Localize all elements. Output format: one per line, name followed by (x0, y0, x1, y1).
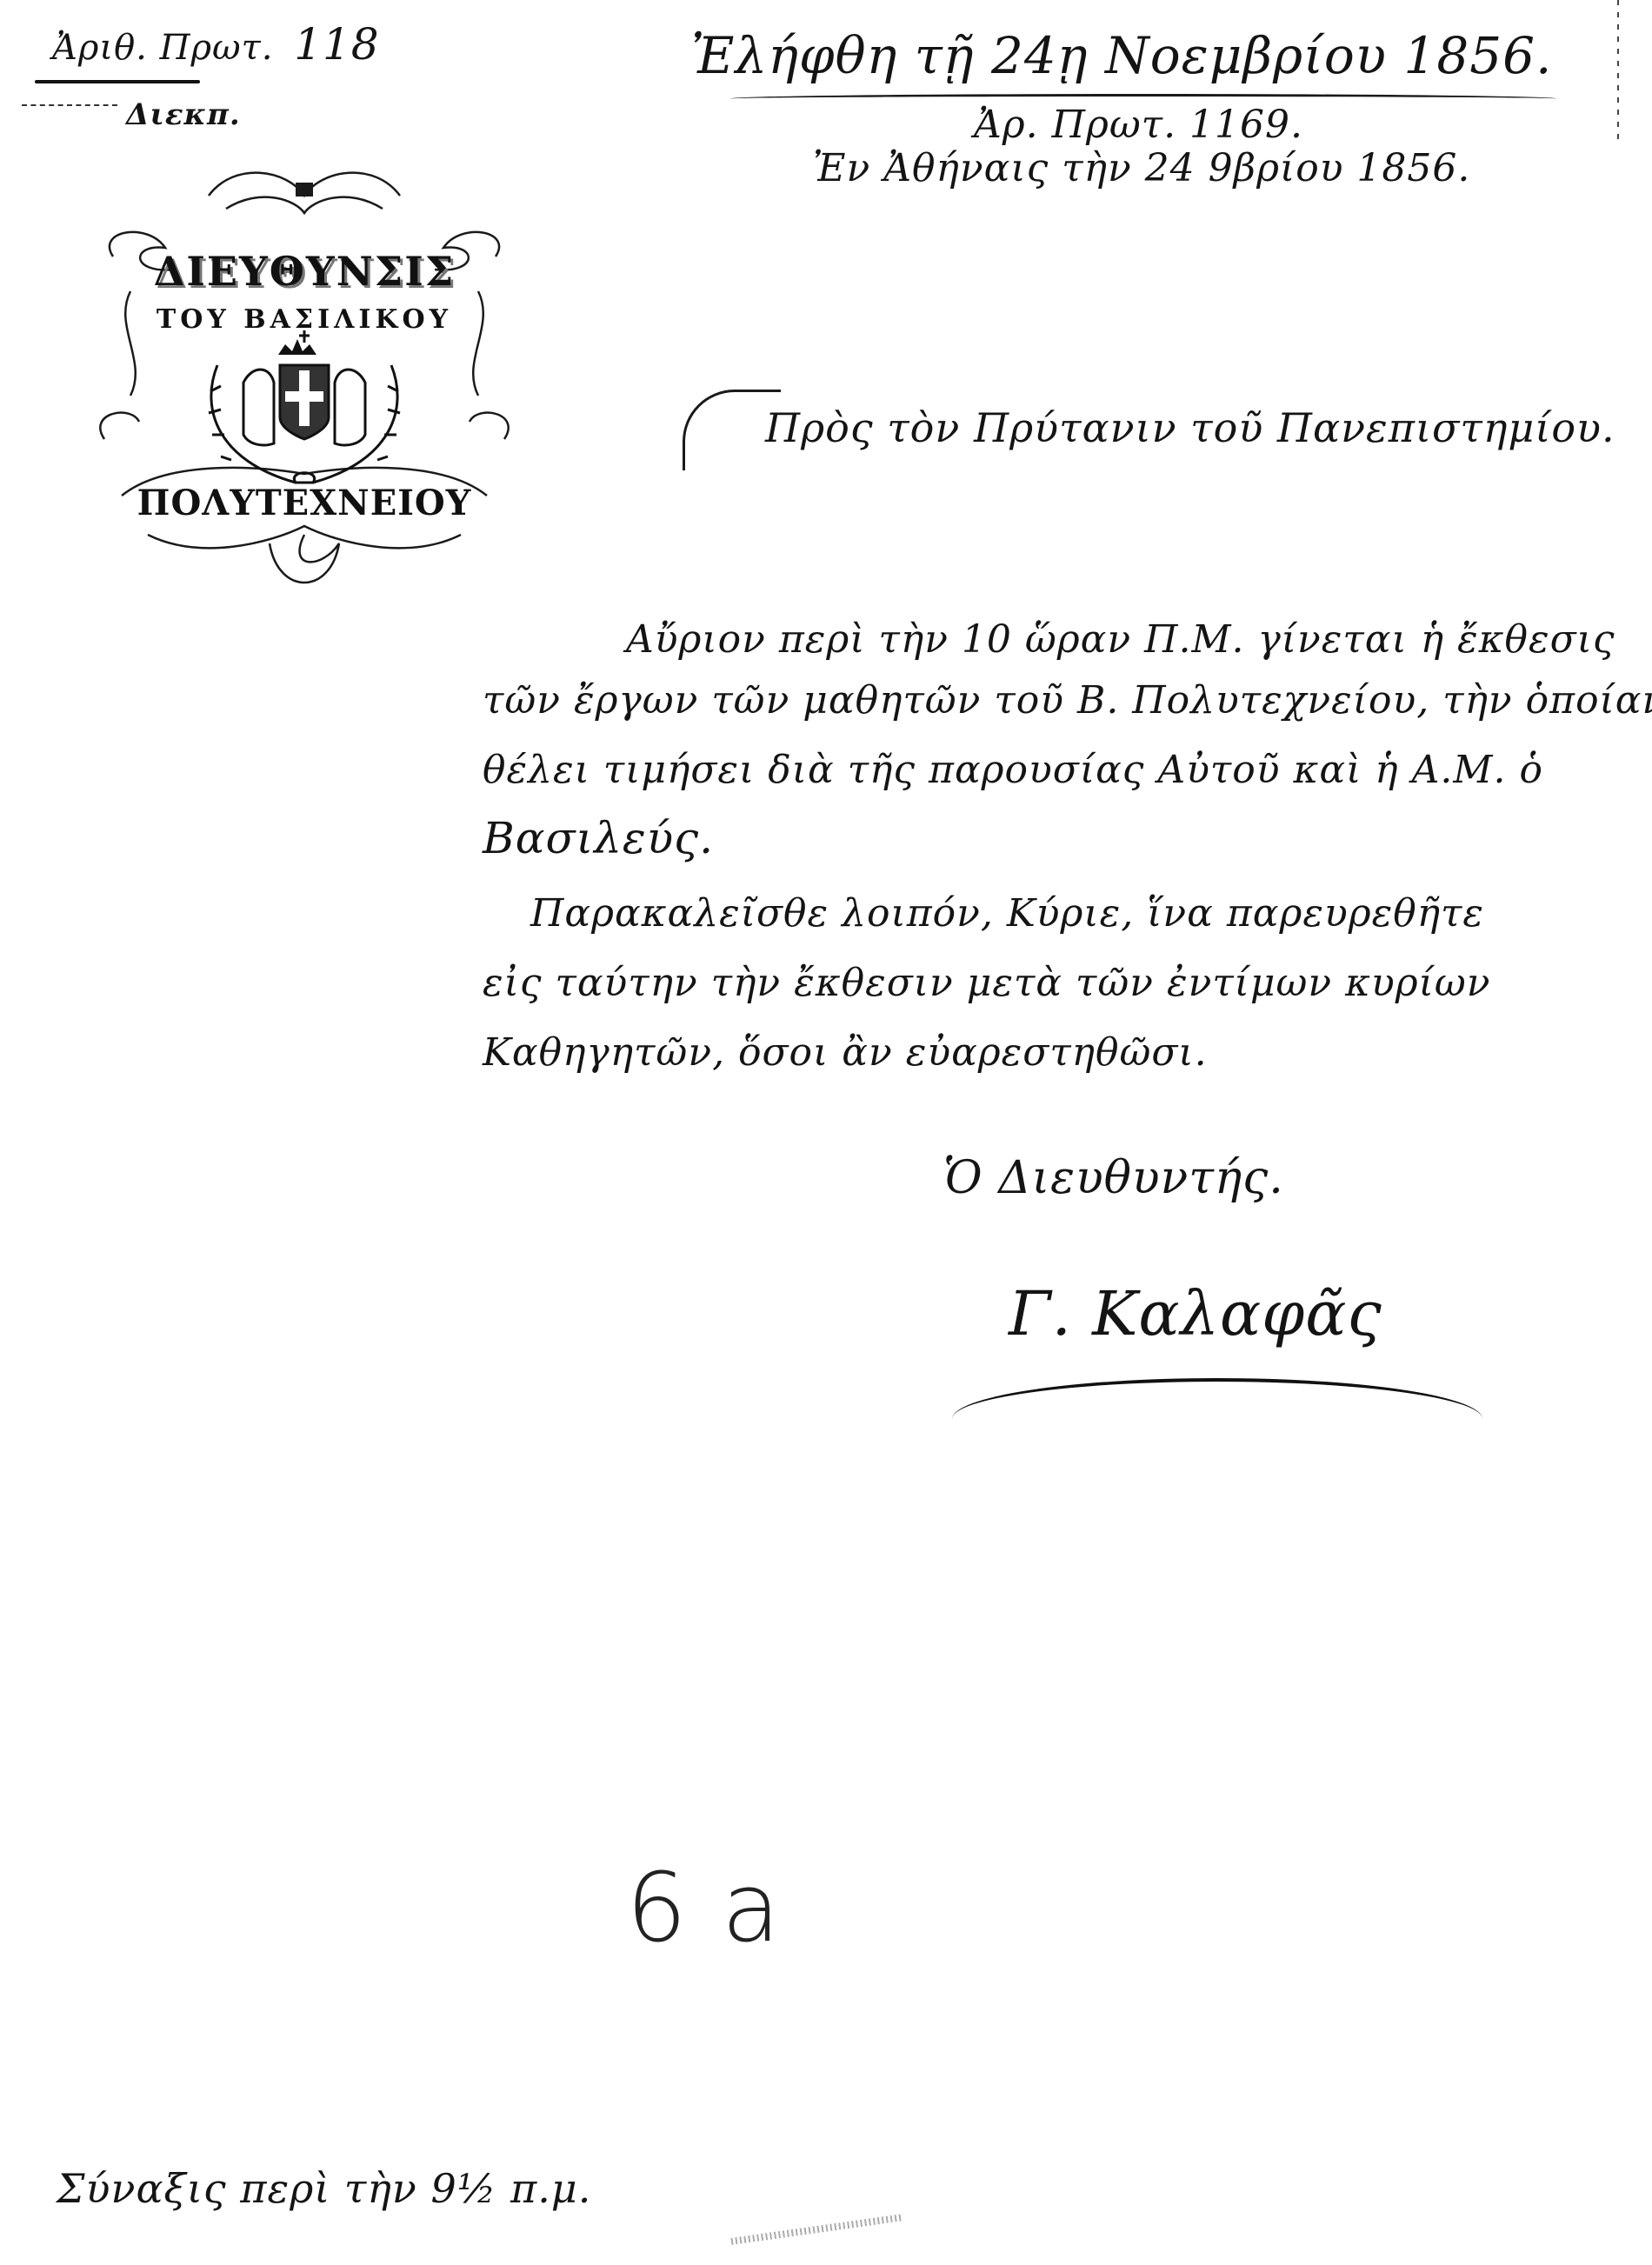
protocol-number: Ἀρ. Πρωτ. 1169. (974, 103, 1303, 147)
reference-underline (35, 80, 200, 83)
letterhead-title: ΔΙΕΥΘΥΝΣΙΣ (96, 248, 513, 295)
coat-of-arms-icon (191, 330, 417, 496)
body-line: τῶν ἔργων τῶν μαθητῶν τοῦ Β. Πολυτεχνείο… (483, 678, 1652, 723)
reference-sublabel: Διεκπ. (126, 97, 241, 132)
body-line: Αὔριον περὶ τὴν 10 ὥραν Π.Μ. γίνεται ἡ ἔ… (626, 617, 1615, 662)
addressee: Πρὸς τὸν Πρύτανιν τοῦ Πανεπιστημίου. (765, 404, 1615, 451)
reference-label: Ἀριθ. Πρωτ. (52, 28, 273, 68)
footer-note: Σύναξις περὶ τὴν 9½ π.μ. (57, 2165, 591, 2212)
received-date: Ἐλήφθη τῇ 24ῃ Νοεμβρίου 1856. (691, 26, 1552, 85)
signature-flourish (952, 1378, 1482, 1460)
scan-smudge (730, 2214, 903, 2245)
place-and-date: Ἐν Ἀθήναις τὴν 24 9βρίου 1856. (813, 146, 1470, 190)
body-line: Βασιλεύς. (483, 813, 714, 863)
letterhead: ΔΙΕΥΘΥΝΣΙΣ ΤΟΥ ΒΑΣΙΛΙΚΟΥ ΠΟΛΥΤΕΧΝΕΙΟΥ (96, 161, 513, 596)
reference-value: 118 (294, 19, 379, 70)
folio-mark: 6a (626, 1852, 815, 1963)
page-edge (1617, 0, 1619, 139)
reference-dash (22, 104, 117, 106)
body-line: Παρακαλεῖσθε λοιπόν, Κύριε, ἵνα παρευρεθ… (530, 891, 1484, 936)
letterhead-name: ΠΟΛΥΤΕΧΝΕΙΟΥ (96, 483, 513, 523)
reference-number: Ἀριθ. Πρωτ. 118 (52, 19, 380, 70)
body-line: εἰς ταύτην τὴν ἔκθεσιν μετὰ τῶν ἐντίμων … (483, 961, 1490, 1005)
closing-title: Ὁ Διευθυντής. (943, 1152, 1284, 1204)
signature: Γ. Καλαφᾶς (1009, 1278, 1382, 1349)
body-line: θέλει τιμήσει διὰ τῆς παρουσίας Αὐτοῦ κα… (483, 748, 1543, 792)
body-line: Καθηγητῶν, ὅσοι ἂν εὐαρεστηθῶσι. (483, 1030, 1208, 1075)
